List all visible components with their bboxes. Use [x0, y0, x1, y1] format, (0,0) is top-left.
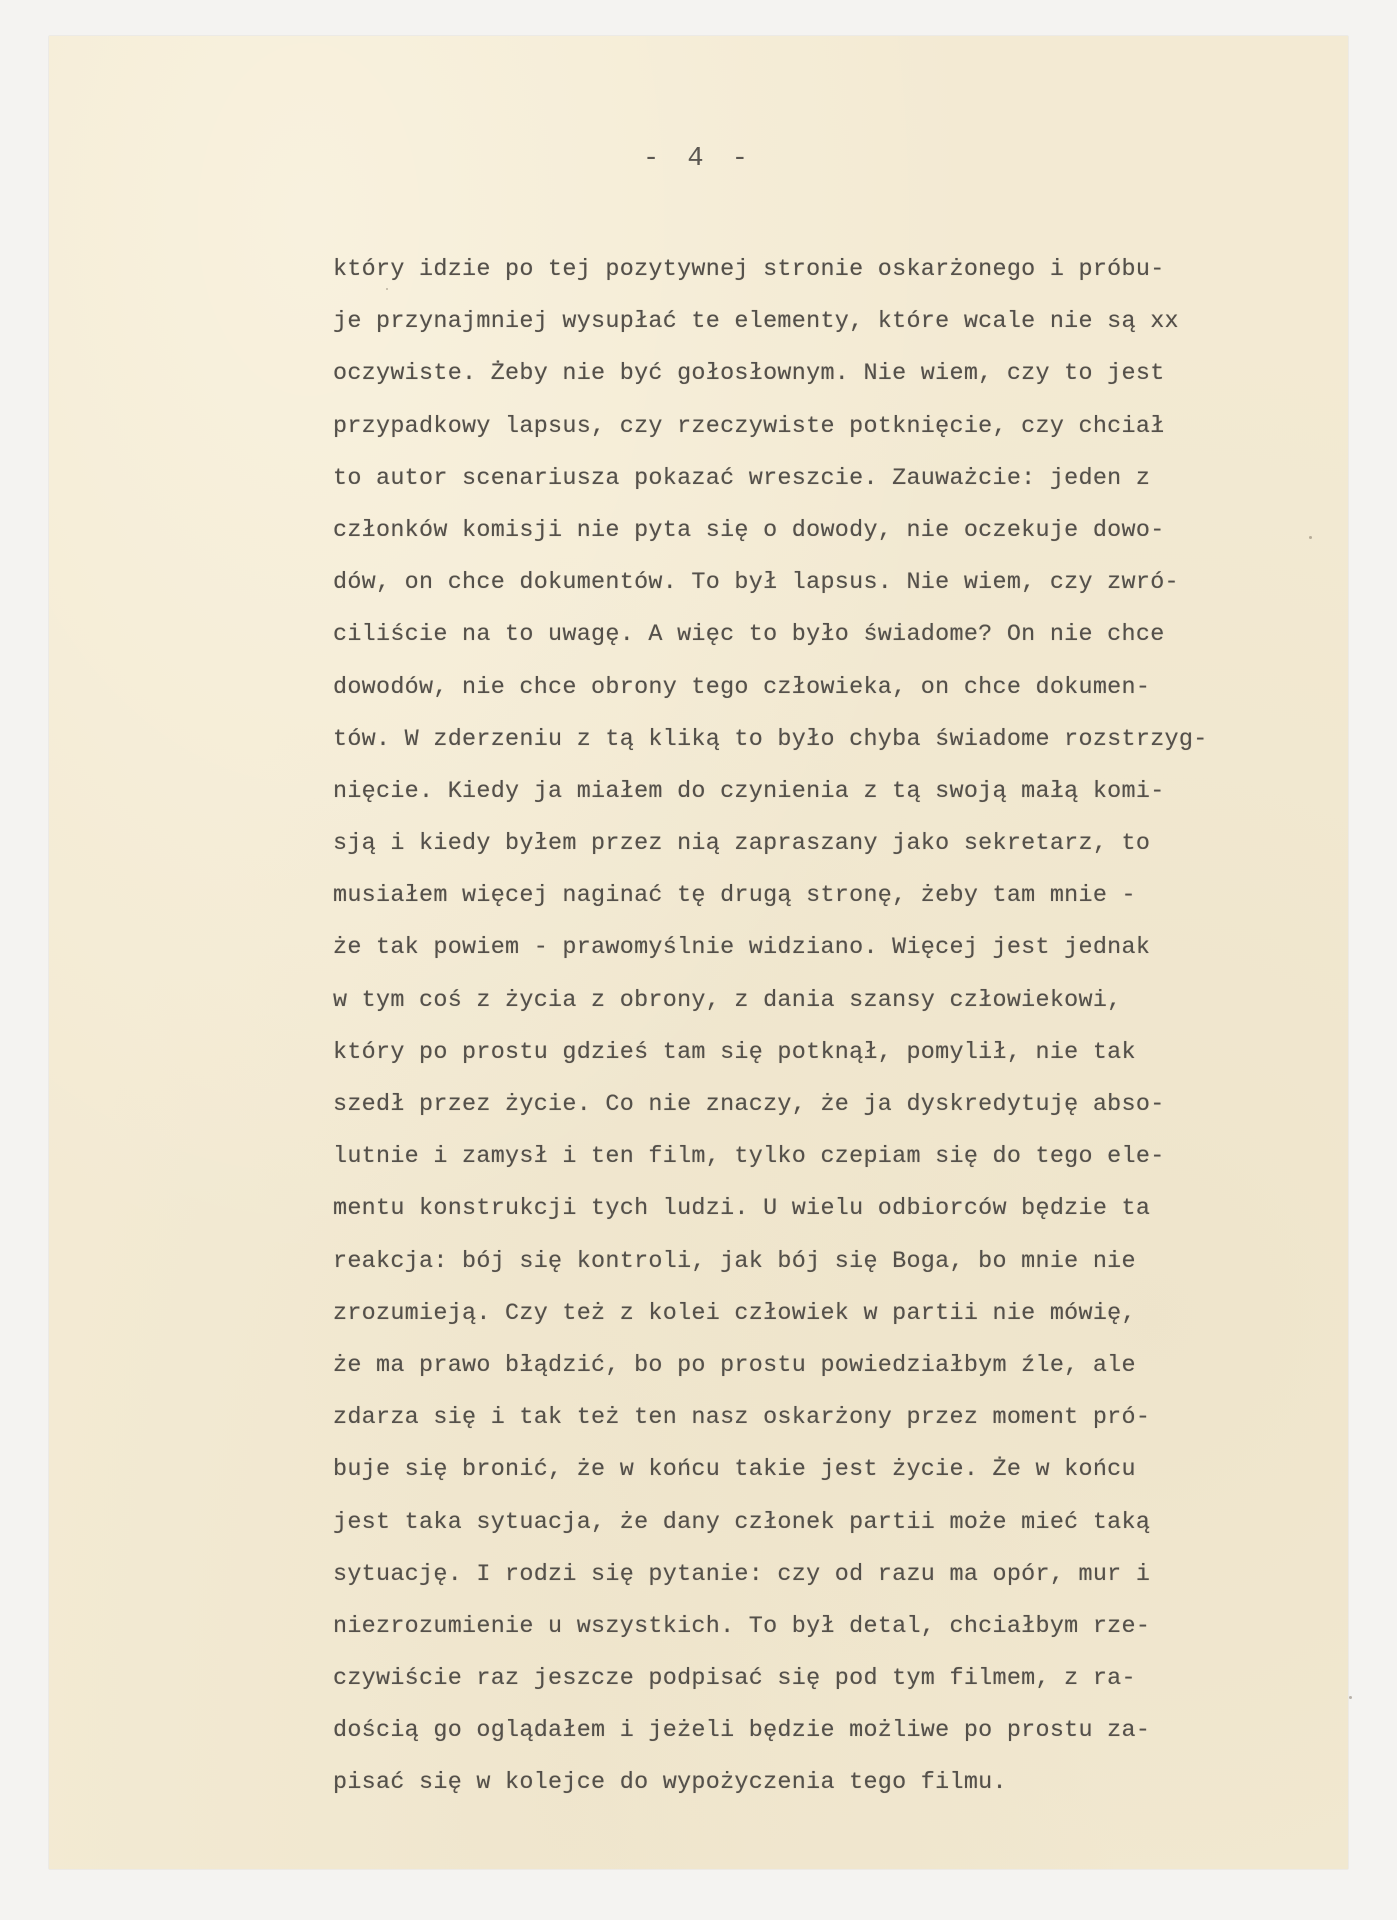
text-line: sytuację. I rodzi się pytanie: czy od ra…: [333, 1549, 1208, 1601]
text-line: dowodów, nie chce obrony tego człowieka,…: [333, 662, 1208, 714]
text-line: dów, on chce dokumentów. To był lapsus. …: [333, 557, 1208, 609]
text-line: zdarza się i tak też ten nasz oskarżony …: [333, 1392, 1208, 1444]
text-line: buje się bronić, że w końcu takie jest ż…: [333, 1444, 1208, 1496]
text-line: który po prostu gdzieś tam się potknął, …: [333, 1027, 1208, 1079]
paper-speck: [1349, 1696, 1352, 1699]
text-line: że ma prawo błądzić, bo po prostu powied…: [333, 1340, 1208, 1392]
page-number: - 4 -: [49, 144, 1348, 174]
text-line: zrozumieją. Czy też z kolei człowiek w p…: [333, 1288, 1208, 1340]
text-line: w tym coś z życia z obrony, z dania szan…: [333, 975, 1208, 1027]
text-line: który idzie po tej pozytywnej stronie os…: [333, 244, 1208, 296]
text-line: pisać się w kolejce do wypożyczenia tego…: [333, 1757, 1208, 1809]
text-line: tów. W zderzeniu z tą kliką to było chyb…: [333, 714, 1208, 766]
text-line: dością go oglądałem i jeżeli będzie możl…: [333, 1705, 1208, 1757]
text-line: że tak powiem - prawomyślnie widziano. W…: [333, 922, 1208, 974]
text-line: oczywiste. Żeby nie być gołosłownym. Nie…: [333, 348, 1208, 400]
text-line: nięcie. Kiedy ja miałem do czynienia z t…: [333, 766, 1208, 818]
text-line: reakcja: bój się kontroli, jak bój się B…: [333, 1236, 1208, 1288]
text-line: je przynajmniej wysupłać te elementy, kt…: [333, 296, 1208, 348]
text-line: niezrozumienie u wszystkich. To był deta…: [333, 1601, 1208, 1653]
text-line: szedł przez życie. Co nie znaczy, że ja …: [333, 1079, 1208, 1131]
typewritten-page: - 4 - który idzie po tej pozytywnej stro…: [49, 36, 1348, 1869]
paper-speck: [1309, 536, 1312, 539]
text-line: sją i kiedy byłem przez nią zapraszany j…: [333, 818, 1208, 870]
text-line: członków komisji nie pyta się o dowody, …: [333, 505, 1208, 557]
text-line: to autor scenariusza pokazać wreszcie. Z…: [333, 453, 1208, 505]
paper-speck: [386, 288, 388, 290]
body-text: który idzie po tej pozytywnej stronie os…: [333, 244, 1208, 1810]
text-line: musiałem więcej naginać tę drugą stronę,…: [333, 870, 1208, 922]
text-line: ciliście na to uwagę. A więc to było świ…: [333, 609, 1208, 661]
text-line: lutnie i zamysł i ten film, tylko czepia…: [333, 1131, 1208, 1183]
text-line: czywiście raz jeszcze podpisać się pod t…: [333, 1653, 1208, 1705]
text-line: mentu konstrukcji tych ludzi. U wielu od…: [333, 1183, 1208, 1235]
text-line: przypadkowy lapsus, czy rzeczywiste potk…: [333, 401, 1208, 453]
text-line: jest taka sytuacja, że dany członek part…: [333, 1497, 1208, 1549]
